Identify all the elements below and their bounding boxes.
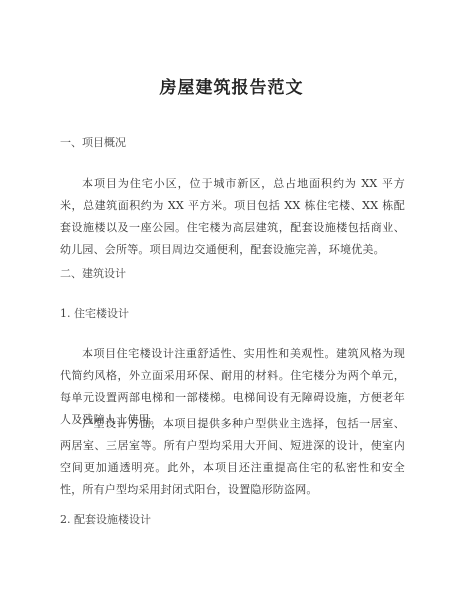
subsection-heading-residential-design: 1. 住宅楼设计 xyxy=(60,305,129,321)
document-page: 房屋建筑报告范文 一、项目概况 本项目为住宅小区，位于城市新区，总占地面积约为 … xyxy=(0,0,463,600)
section-heading-architectural-design: 二、建筑设计 xyxy=(60,265,126,281)
section-heading-project-overview: 一、项目概况 xyxy=(60,134,126,150)
subsection-heading-facility-design: 2. 配套设施楼设计 xyxy=(60,511,151,527)
paragraph-project-overview: 本项目为住宅小区，位于城市新区，总占地面积约为 XX 平方米，总建筑面积约为 X… xyxy=(60,173,405,261)
document-title: 房屋建筑报告范文 xyxy=(0,73,463,98)
paragraph-unit-layout: 户型设计方面，本项目提供多种户型供业主选择，包括一居室、两居室、三居室等。所有户… xyxy=(60,413,405,501)
